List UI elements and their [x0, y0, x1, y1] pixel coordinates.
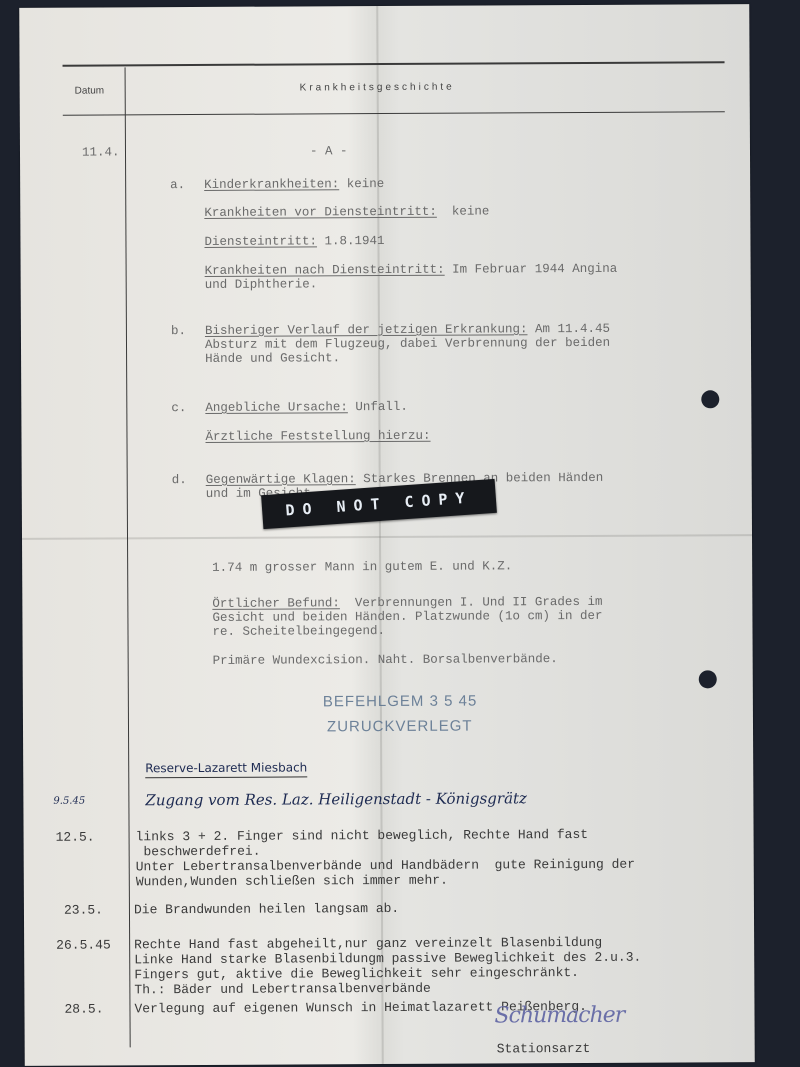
date-column-divider [125, 67, 131, 1047]
column-header-title: Krankheitsgeschichte [300, 82, 455, 94]
header-bottom-rule [63, 111, 725, 115]
stamp-line-1: BEFEHLGEM 3 5 45 [323, 693, 477, 711]
stamp-line-2: ZURUCKVERLEGT [327, 718, 473, 736]
section-marker: - A - [310, 144, 348, 158]
medical-record-sheet: Datum Krankheitsgeschichte 11.4. - A - a… [19, 4, 755, 1066]
entry-date: 26.5.45 [56, 937, 111, 952]
item-a4: Krankheiten nach Diensteintritt: Im Febr… [205, 262, 618, 278]
entry-date: 12.5. [56, 830, 95, 845]
entry-date: 11.4. [82, 145, 120, 159]
item-a3-label: Diensteintritt: [204, 234, 317, 249]
findings-treatment: Primäre Wundexcision. Naht. Borsalbenver… [213, 652, 558, 668]
findings-local-continued-1: Gesicht und beiden Händen. Platzwunde (1… [212, 609, 602, 625]
item-c-label: Angebliche Ursache: [205, 400, 348, 415]
handwritten-entry: Zugang vom Res. Laz. Heiligenstadt - Kön… [145, 789, 527, 809]
hospital-name: Reserve-Lazarett Miesbach [145, 760, 307, 778]
entry-line: Wunden,Wunden schließen sich immer mehr. [136, 873, 448, 890]
item-c2-label: Ärztliche Feststellung hierzu: [205, 429, 430, 444]
item-d-label: Gegenwärtige Klagen: [206, 472, 356, 487]
entry-line: beschwerdefrei. [136, 844, 261, 860]
item-a1: Kinderkrankheiten: keine [204, 177, 384, 192]
item-letter-c: c. [171, 401, 186, 415]
item-a4-value: Im Februar 1944 Angina [445, 262, 618, 277]
item-a3-value: 1.8.1941 [317, 234, 385, 248]
item-c2: Ärztliche Feststellung hierzu: [205, 429, 430, 444]
item-a1-value: keine [339, 177, 384, 191]
item-letter-a: a. [170, 178, 185, 192]
entry-line: Unter Lebertransalbenverbände und Handbä… [136, 857, 635, 875]
column-header-datum: Datum [75, 85, 105, 96]
handwritten-date: 9.5.45 [53, 796, 85, 807]
horizontal-fold-crease [22, 534, 752, 540]
header-top-rule [63, 61, 725, 66]
item-c: Angebliche Ursache: Unfall. [205, 400, 408, 415]
findings-general: 1.74 m grosser Mann in gutem E. und K.Z. [212, 559, 512, 575]
entry-date: 28.5. [64, 1001, 103, 1016]
item-a1-label: Kinderkrankheiten: [204, 177, 339, 192]
findings-local-label: Örtlicher Befund: [212, 596, 340, 611]
item-c-value: Unfall. [348, 400, 408, 414]
entry-line: Die Brandwunden heilen langsam ab. [134, 901, 399, 917]
item-b-continued-2: Hände und Gesicht. [205, 351, 340, 366]
item-a2: Krankheiten vor Diensteintritt: keine [204, 204, 489, 219]
entry-line: Th.: Bäder und Lebertransalbenverbände [134, 981, 431, 998]
entry-line: links 3 + 2. Finger sind nicht beweglich… [136, 827, 589, 844]
item-letter-b: b. [171, 324, 186, 338]
item-a4-continued: und Diphtherie. [205, 277, 318, 292]
item-b-continued-1: Absturz mit dem Flugzeug, dabei Verbrenn… [205, 336, 610, 352]
findings-local-value: Verbrennungen I. Und II Grades im [340, 595, 603, 610]
item-a2-label: Krankheiten vor Diensteintritt: [204, 205, 437, 220]
item-letter-d: d. [172, 473, 187, 487]
item-a2-value: keine [437, 204, 490, 218]
item-b-value: Am 11.4.45 [527, 322, 610, 336]
signature-scrawl: Schumacher [494, 1003, 624, 1029]
findings-local-continued-2: re. Scheitelbeingegend. [212, 624, 385, 639]
item-a3: Diensteintritt: 1.8.1941 [204, 234, 384, 249]
item-a4-label: Krankheiten nach Diensteintritt: [205, 263, 445, 278]
punch-hole-icon [701, 390, 719, 408]
signature-title: Stationsarzt [497, 1041, 591, 1056]
entry-date: 23.5. [64, 902, 103, 917]
punch-hole-icon [699, 670, 717, 688]
entry-line: Fingers gut, aktive die Beweglichkeit se… [134, 965, 579, 982]
